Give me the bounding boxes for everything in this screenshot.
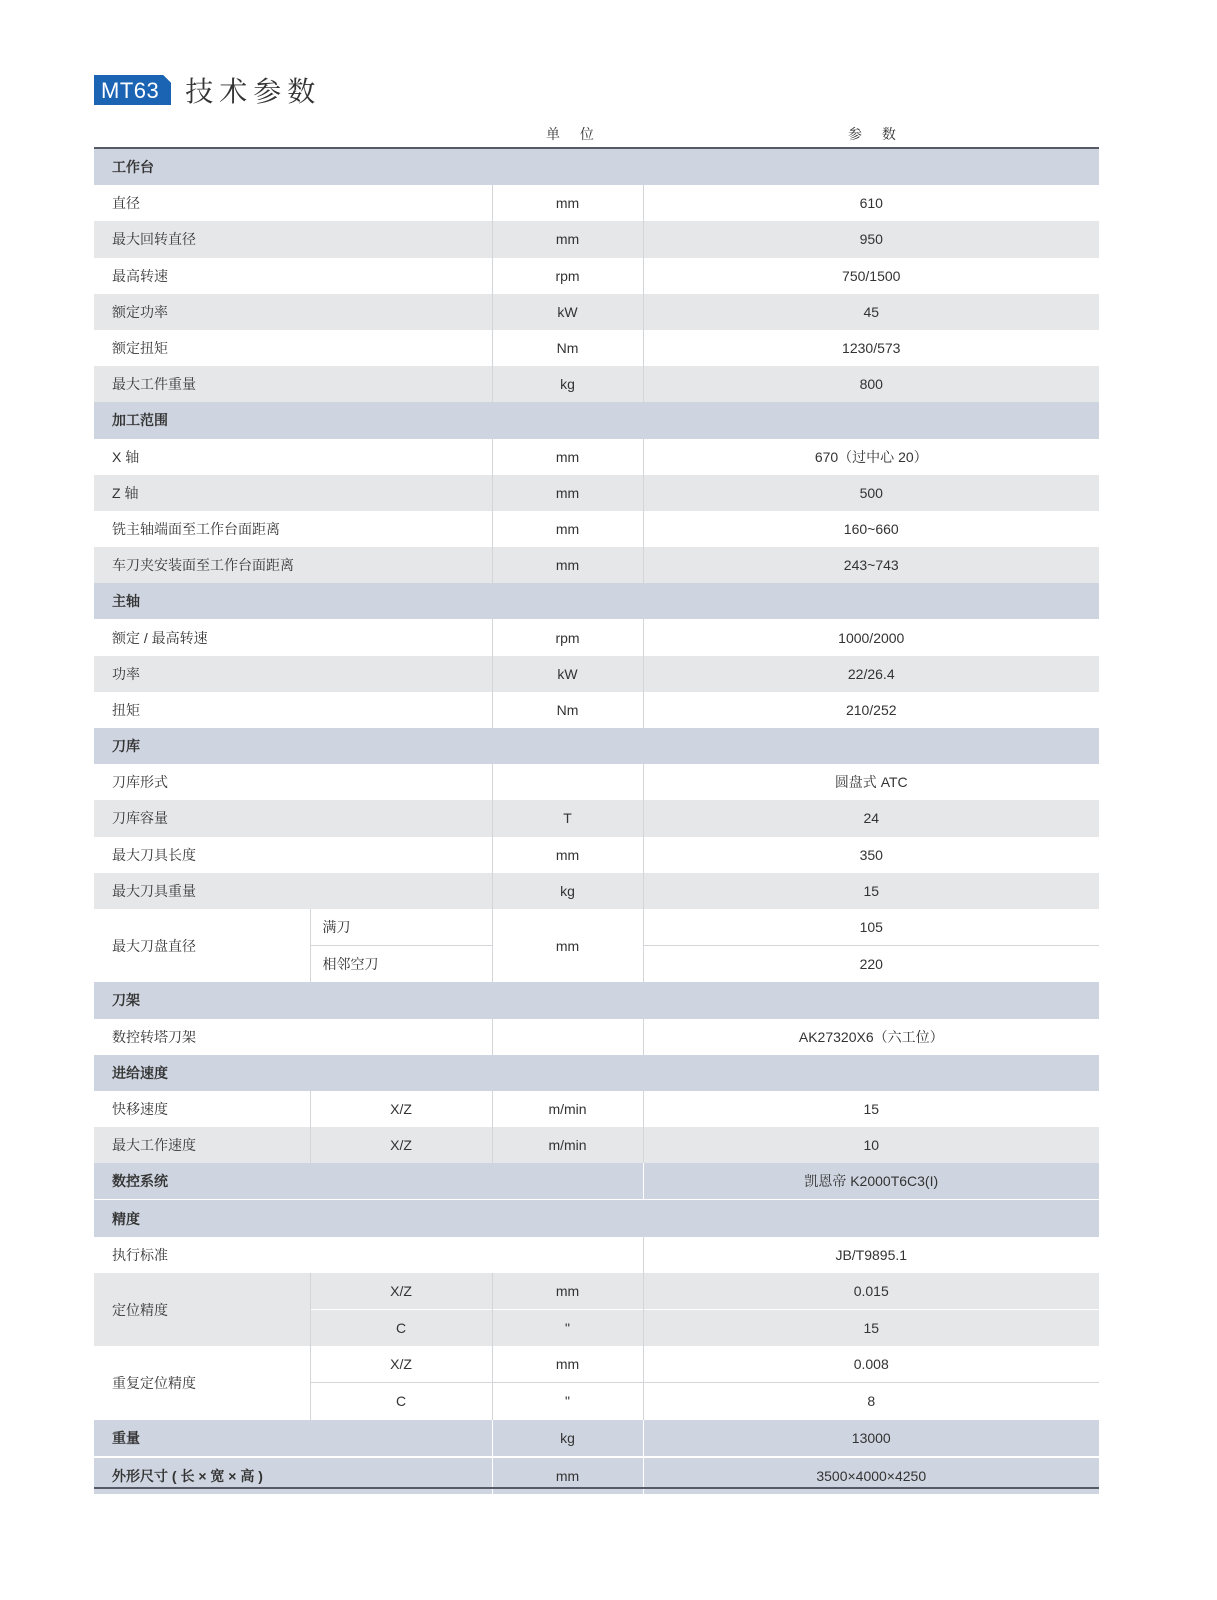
row-label: 额定 / 最高转速 <box>94 619 492 655</box>
row-value: 10 <box>643 1127 1099 1163</box>
row-unit: mm <box>492 475 643 511</box>
section-row-range: 加工范围 <box>94 402 1099 438</box>
row-label: 最大工件重量 <box>94 366 492 402</box>
row-unit: " <box>492 1383 643 1420</box>
row-value: 950 <box>643 221 1099 257</box>
table-row: 最高转速 rpm 750/1500 <box>94 258 1099 294</box>
row-value: 0.008 <box>643 1346 1099 1383</box>
table-row: 定位精度 X/Z mm 0.015 <box>94 1273 1099 1310</box>
table-row: 最大刀盘直径 满刀 mm 105 <box>94 909 1099 946</box>
row-value: 8 <box>643 1383 1099 1420</box>
row-unit <box>492 764 643 800</box>
cnc-value: 凯恩帝 K2000T6C3(I) <box>643 1163 1099 1200</box>
table-row: 最大回转直径 mm 950 <box>94 221 1099 257</box>
row-value: 1000/2000 <box>643 619 1099 655</box>
row-unit: rpm <box>492 258 643 294</box>
row-axis: C <box>310 1383 492 1420</box>
row-axis: X/Z <box>310 1127 492 1163</box>
row-value: 15 <box>643 873 1099 909</box>
row-value: 105 <box>643 909 1099 946</box>
section-row-spindle: 主轴 <box>94 583 1099 619</box>
table-row: 直径 mm 610 <box>94 185 1099 221</box>
row-unit: mm <box>492 1346 643 1383</box>
row-value: 220 <box>643 946 1099 983</box>
table-row: 重复定位精度 X/Z mm 0.008 <box>94 1346 1099 1383</box>
row-value: AK27320X6（六工位） <box>643 1019 1099 1055</box>
table-row: 额定 / 最高转速 rpm 1000/2000 <box>94 619 1099 655</box>
section-title: 数控系统 <box>94 1163 643 1200</box>
section-row-turret: 刀架 <box>94 982 1099 1018</box>
row-unit: mm <box>492 439 643 475</box>
table-row: 刀库形式 圆盘式 ATC <box>94 764 1099 800</box>
row-sublabel: 满刀 <box>310 909 492 946</box>
table-row: Z 轴 mm 500 <box>94 475 1099 511</box>
page-title: 技术参数 <box>185 70 321 110</box>
row-axis: X/Z <box>310 1091 492 1127</box>
row-label: 刀库容量 <box>94 800 492 836</box>
row-label: 车刀夹安装面至工作台面距离 <box>94 547 492 583</box>
column-header-unit: 单 位 <box>546 124 602 144</box>
row-value: 610 <box>643 185 1099 221</box>
row-label: 快移速度 <box>94 1091 310 1127</box>
row-unit: mm <box>492 547 643 583</box>
row-value: 24 <box>643 800 1099 836</box>
row-value: 15 <box>643 1091 1099 1127</box>
row-unit: kW <box>492 656 643 692</box>
section-row-weight: 重量 kg 13000 <box>94 1420 1099 1457</box>
section-row-precision: 精度 <box>94 1200 1099 1237</box>
section-title: 进给速度 <box>94 1055 1099 1091</box>
row-axis: X/Z <box>310 1346 492 1383</box>
row-label: 最大刀具重量 <box>94 873 492 909</box>
row-value: 45 <box>643 294 1099 330</box>
section-title: 精度 <box>94 1200 1099 1237</box>
row-value: 160~660 <box>643 511 1099 547</box>
row-unit <box>492 1019 643 1055</box>
row-label: 定位精度 <box>94 1273 310 1346</box>
row-value: 243~743 <box>643 547 1099 583</box>
table-row: 最大刀具重量 kg 15 <box>94 873 1099 909</box>
row-unit: T <box>492 800 643 836</box>
row-label: 最大刀盘直径 <box>94 909 310 982</box>
section-row-cnc: 数控系统 凯恩帝 K2000T6C3(I) <box>94 1163 1099 1200</box>
row-unit: mm <box>492 909 643 982</box>
row-unit: kg <box>492 873 643 909</box>
section-row-feed: 进给速度 <box>94 1055 1099 1091</box>
row-unit: m/min <box>492 1091 643 1127</box>
row-label: 功率 <box>94 656 492 692</box>
section-title: 重量 <box>94 1420 492 1457</box>
row-axis: C <box>310 1310 492 1347</box>
row-value: 15 <box>643 1310 1099 1347</box>
row-label: 数控转塔刀架 <box>94 1019 492 1055</box>
model-badge: MT63 <box>94 75 171 105</box>
row-value: 500 <box>643 475 1099 511</box>
table-row: 车刀夹安装面至工作台面距离 mm 243~743 <box>94 547 1099 583</box>
row-unit: rpm <box>492 619 643 655</box>
section-title: 刀库 <box>94 728 1099 764</box>
row-unit: mm <box>492 221 643 257</box>
row-label: 最大工作速度 <box>94 1127 310 1163</box>
row-value: JB/T9895.1 <box>643 1237 1099 1273</box>
table-row: 扭矩 Nm 210/252 <box>94 692 1099 728</box>
row-unit: " <box>492 1310 643 1347</box>
row-value: 1230/573 <box>643 330 1099 366</box>
row-unit: mm <box>492 1273 643 1310</box>
table-row: X 轴 mm 670（过中心 20） <box>94 439 1099 475</box>
row-unit: kW <box>492 294 643 330</box>
row-label: 铣主轴端面至工作台面距离 <box>94 511 492 547</box>
row-axis: X/Z <box>310 1273 492 1310</box>
row-value: 0.015 <box>643 1273 1099 1310</box>
row-unit: kg <box>492 366 643 402</box>
table-row: 铣主轴端面至工作台面距离 mm 160~660 <box>94 511 1099 547</box>
row-label: 最大回转直径 <box>94 221 492 257</box>
row-label: 最高转速 <box>94 258 492 294</box>
table-row: 功率 kW 22/26.4 <box>94 656 1099 692</box>
row-label: 刀库形式 <box>94 764 492 800</box>
row-unit: mm <box>492 185 643 221</box>
table-row: 额定功率 kW 45 <box>94 294 1099 330</box>
table-row: 额定扭矩 Nm 1230/573 <box>94 330 1099 366</box>
table-row: 执行标准 JB/T9895.1 <box>94 1237 1099 1273</box>
column-header-parameter: 参 数 <box>848 124 904 144</box>
row-label: Z 轴 <box>94 475 492 511</box>
section-title: 刀架 <box>94 982 1099 1018</box>
row-value: 670（过中心 20） <box>643 439 1099 475</box>
row-value: 350 <box>643 837 1099 873</box>
section-title: 加工范围 <box>94 402 1099 438</box>
table-row: 快移速度 X/Z m/min 15 <box>94 1091 1099 1127</box>
row-value: 800 <box>643 366 1099 402</box>
row-unit: Nm <box>492 330 643 366</box>
table-row: 最大刀具长度 mm 350 <box>94 837 1099 873</box>
row-label: 直径 <box>94 185 492 221</box>
row-value: 22/26.4 <box>643 656 1099 692</box>
section-row-magazine: 刀库 <box>94 728 1099 764</box>
table-row: 数控转塔刀架 AK27320X6（六工位） <box>94 1019 1099 1055</box>
row-unit: mm <box>492 837 643 873</box>
row-label: 额定扭矩 <box>94 330 492 366</box>
row-sublabel: 相邻空刀 <box>310 946 492 983</box>
spec-table: 工作台 直径 mm 610 最大回转直径 mm 950 最高转速 rpm 750… <box>94 149 1099 1494</box>
footer-rule <box>94 1487 1099 1489</box>
row-unit: Nm <box>492 692 643 728</box>
row-unit: mm <box>492 511 643 547</box>
row-label: 执行标准 <box>94 1237 643 1273</box>
row-unit: kg <box>492 1420 643 1457</box>
row-value: 13000 <box>643 1420 1099 1457</box>
row-unit: m/min <box>492 1127 643 1163</box>
row-label: X 轴 <box>94 439 492 475</box>
row-value: 750/1500 <box>643 258 1099 294</box>
table-row: 刀库容量 T 24 <box>94 800 1099 836</box>
row-label: 重复定位精度 <box>94 1346 310 1419</box>
table-row: 最大工件重量 kg 800 <box>94 366 1099 402</box>
section-title: 主轴 <box>94 583 1099 619</box>
row-value: 圆盘式 ATC <box>643 764 1099 800</box>
row-label: 扭矩 <box>94 692 492 728</box>
page-heading: MT63 技术参数 <box>94 74 321 106</box>
row-label: 最大刀具长度 <box>94 837 492 873</box>
row-label: 额定功率 <box>94 294 492 330</box>
section-row-worktable: 工作台 <box>94 149 1099 185</box>
row-value: 210/252 <box>643 692 1099 728</box>
section-title: 工作台 <box>94 149 1099 185</box>
table-row: 最大工作速度 X/Z m/min 10 <box>94 1127 1099 1163</box>
